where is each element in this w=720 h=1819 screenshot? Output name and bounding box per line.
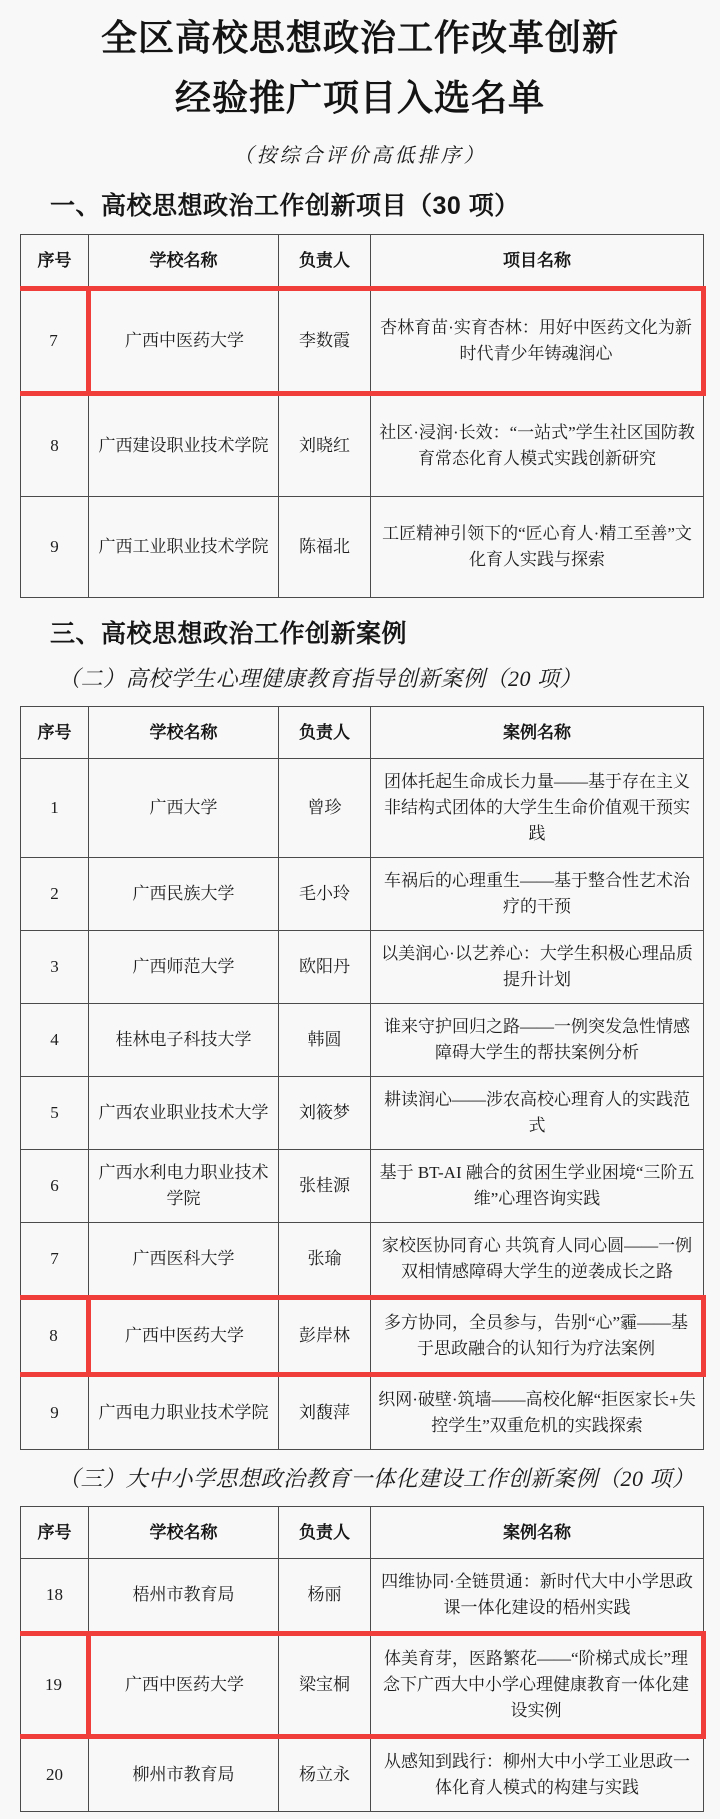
cell-leader: 张桂源 [279, 1150, 371, 1223]
cell-leader: 刘馥萍 [279, 1375, 371, 1450]
header-cell: 序号 [21, 235, 89, 289]
table-row: 18梧州市教育局杨丽四维协同·全链贯通：新时代大中小学思政课一体化建设的梧州实践 [21, 1559, 704, 1634]
cell-title: 多方协同，全员参与，告别“心”霾——基于思政融合的认知行为疗法案例 [371, 1298, 704, 1375]
cell-no: 19 [21, 1634, 89, 1737]
table-row: 20柳州市教育局杨立永从感知到践行：柳州大中小学工业思政一体化育人模式的构建与实… [21, 1737, 704, 1812]
cell-no: 9 [21, 497, 89, 598]
cell-title: 杏林育苗·实育杏林：用好中医药文化为新时代青少年铸魂润心 [371, 289, 704, 394]
table-row: 6广西水利电力职业技术学院张桂源基于 BT-AI 融合的贫困生学业困境“三阶五维… [21, 1150, 704, 1223]
cell-no: 18 [21, 1559, 89, 1634]
highlight-row: 7广西中医药大学李数霞杏林育苗·实育杏林：用好中医药文化为新时代青少年铸魂润心 [21, 289, 704, 394]
table-row: 5广西农业职业技术大学刘筱梦耕读润心——涉农高校心理育人的实践范式 [21, 1077, 704, 1150]
cell-no: 4 [21, 1004, 89, 1077]
cell-school: 广西中医药大学 [89, 1634, 279, 1737]
cell-title: 团体托起生命成长力量——基于存在主义非结构式团体的大学生生命价值观干预实践 [371, 759, 704, 858]
document-title-line1: 全区高校思想政治工作改革创新 [0, 8, 720, 68]
header-cell: 序号 [21, 707, 89, 759]
cell-leader: 彭岸林 [279, 1298, 371, 1375]
cell-school: 广西中医药大学 [89, 289, 279, 394]
cell-school: 广西医科大学 [89, 1223, 279, 1298]
header-cell: 案例名称 [371, 1507, 704, 1559]
table-header-row: 序号学校名称负责人项目名称 [21, 235, 704, 289]
section-subheading: （二）高校学生心理健康教育指导创新案例（20 项） [58, 664, 720, 694]
cell-school: 广西师范大学 [89, 931, 279, 1004]
cell-school: 广西农业职业技术大学 [89, 1077, 279, 1150]
document-page: 全区高校思想政治工作改革创新 经验推广项目入选名单 （按综合评价高低排序） 一、… [0, 0, 720, 1812]
cell-title: 基于 BT-AI 融合的贫困生学业困境“三阶五维”心理咨询实践 [371, 1150, 704, 1223]
document-title-line2: 经验推广项目入选名单 [0, 68, 720, 128]
section-heading: 三、高校思想政治工作创新案例 [50, 618, 720, 650]
cell-leader: 韩圆 [279, 1004, 371, 1077]
cell-leader: 李数霞 [279, 289, 371, 394]
cell-title: 家校医协同育心 共筑育人同心圆——一例双相情感障碍大学生的逆袭成长之路 [371, 1223, 704, 1298]
table-row: 2广西民族大学毛小玲车祸后的心理重生——基于整合性艺术治疗的干预 [21, 858, 704, 931]
cell-no: 7 [21, 289, 89, 394]
cell-no: 8 [21, 1298, 89, 1375]
cell-school: 广西中医药大学 [89, 1298, 279, 1375]
highlight-row: 19广西中医药大学梁宝桐体美育芽，医路繁花——“阶梯式成长”理念下广西大中小学心… [21, 1634, 704, 1737]
document-subtitle: （按综合评价高低排序） [0, 142, 720, 170]
header-cell: 负责人 [279, 707, 371, 759]
cell-leader: 杨立永 [279, 1737, 371, 1812]
table-row: 4桂林电子科技大学韩圆谁来守护回归之路——一例突发急性情感障碍大学生的帮扶案例分… [21, 1004, 704, 1077]
header-cell: 学校名称 [89, 235, 279, 289]
cell-title: 从感知到践行：柳州大中小学工业思政一体化育人模式的构建与实践 [371, 1737, 704, 1812]
cell-no: 8 [21, 394, 89, 497]
header-cell: 学校名称 [89, 707, 279, 759]
data-table-1: 序号学校名称负责人项目名称7广西中医药大学李数霞杏林育苗·实育杏林：用好中医药文… [20, 234, 706, 598]
cell-title: 四维协同·全链贯通：新时代大中小学思政课一体化建设的梧州实践 [371, 1559, 704, 1634]
cell-title: 耕读润心——涉农高校心理育人的实践范式 [371, 1077, 704, 1150]
cell-leader: 刘晓红 [279, 394, 371, 497]
table-row: 9广西工业职业技术学院陈福北工匠精神引领下的“匠心育人·精工至善”文化育人实践与… [21, 497, 704, 598]
cell-title: 体美育芽，医路繁花——“阶梯式成长”理念下广西大中小学心理健康教育一体化建设实例 [371, 1634, 704, 1737]
header-cell: 学校名称 [89, 1507, 279, 1559]
cell-title: 社区·浸润·长效：“一站式”学生社区国防教育常态化育人模式实践创新研究 [371, 394, 704, 497]
cell-title: 谁来守护回归之路——一例突发急性情感障碍大学生的帮扶案例分析 [371, 1004, 704, 1077]
cell-title: 织网·破壁·筑墙——高校化解“拒医家长+失控学生”双重危机的实践探索 [371, 1375, 704, 1450]
cell-no: 20 [21, 1737, 89, 1812]
cell-school: 广西建设职业技术学院 [89, 394, 279, 497]
header-cell: 负责人 [279, 235, 371, 289]
table-row: 7广西医科大学张瑜家校医协同育心 共筑育人同心圆——一例双相情感障碍大学生的逆袭… [21, 1223, 704, 1298]
cell-school: 桂林电子科技大学 [89, 1004, 279, 1077]
blocks: 一、高校思想政治工作创新项目（30 项）序号学校名称负责人项目名称7广西中医药大… [0, 190, 720, 1812]
document-title: 全区高校思想政治工作改革创新 经验推广项目入选名单 [0, 0, 720, 128]
cell-school: 广西电力职业技术学院 [89, 1375, 279, 1450]
table-header-row: 序号学校名称负责人案例名称 [21, 1507, 704, 1559]
cell-no: 3 [21, 931, 89, 1004]
cell-no: 6 [21, 1150, 89, 1223]
cell-title: 工匠精神引领下的“匠心育人·精工至善”文化育人实践与探索 [371, 497, 704, 598]
header-cell: 序号 [21, 1507, 89, 1559]
header-cell: 负责人 [279, 1507, 371, 1559]
cell-school: 广西工业职业技术学院 [89, 497, 279, 598]
cell-school: 广西民族大学 [89, 858, 279, 931]
cell-school: 梧州市教育局 [89, 1559, 279, 1634]
highlight-row: 8广西中医药大学彭岸林多方协同，全员参与，告别“心”霾——基于思政融合的认知行为… [21, 1298, 704, 1375]
header-cell: 案例名称 [371, 707, 704, 759]
cell-leader: 梁宝桐 [279, 1634, 371, 1737]
cell-no: 1 [21, 759, 89, 858]
section-heading: 一、高校思想政治工作创新项目（30 项） [50, 190, 720, 222]
cell-leader: 张瑜 [279, 1223, 371, 1298]
header-cell: 项目名称 [371, 235, 704, 289]
cell-leader: 曾珍 [279, 759, 371, 858]
cell-leader: 杨丽 [279, 1559, 371, 1634]
cell-title: 以美润心·以艺养心：大学生积极心理品质提升计划 [371, 931, 704, 1004]
table-row: 9广西电力职业技术学院刘馥萍织网·破壁·筑墙——高校化解“拒医家长+失控学生”双… [21, 1375, 704, 1450]
section-subheading: （三）大中小学思想政治教育一体化建设工作创新案例（20 项） [58, 1464, 720, 1494]
cell-no: 7 [21, 1223, 89, 1298]
cell-no: 2 [21, 858, 89, 931]
data-table-3: 序号学校名称负责人案例名称18梧州市教育局杨丽四维协同·全链贯通：新时代大中小学… [20, 1506, 706, 1812]
data-table-2: 序号学校名称负责人案例名称1广西大学曾珍团体托起生命成长力量——基于存在主义非结… [20, 706, 706, 1450]
cell-school: 柳州市教育局 [89, 1737, 279, 1812]
table-row: 8广西建设职业技术学院刘晓红社区·浸润·长效：“一站式”学生社区国防教育常态化育… [21, 394, 704, 497]
cell-leader: 刘筱梦 [279, 1077, 371, 1150]
cell-school: 广西水利电力职业技术学院 [89, 1150, 279, 1223]
cell-title: 车祸后的心理重生——基于整合性艺术治疗的干预 [371, 858, 704, 931]
cell-no: 9 [21, 1375, 89, 1450]
cell-leader: 欧阳丹 [279, 931, 371, 1004]
cell-no: 5 [21, 1077, 89, 1150]
cell-school: 广西大学 [89, 759, 279, 858]
cell-leader: 陈福北 [279, 497, 371, 598]
cell-leader: 毛小玲 [279, 858, 371, 931]
table-header-row: 序号学校名称负责人案例名称 [21, 707, 704, 759]
table-row: 1广西大学曾珍团体托起生命成长力量——基于存在主义非结构式团体的大学生生命价值观… [21, 759, 704, 858]
table-row: 3广西师范大学欧阳丹以美润心·以艺养心：大学生积极心理品质提升计划 [21, 931, 704, 1004]
